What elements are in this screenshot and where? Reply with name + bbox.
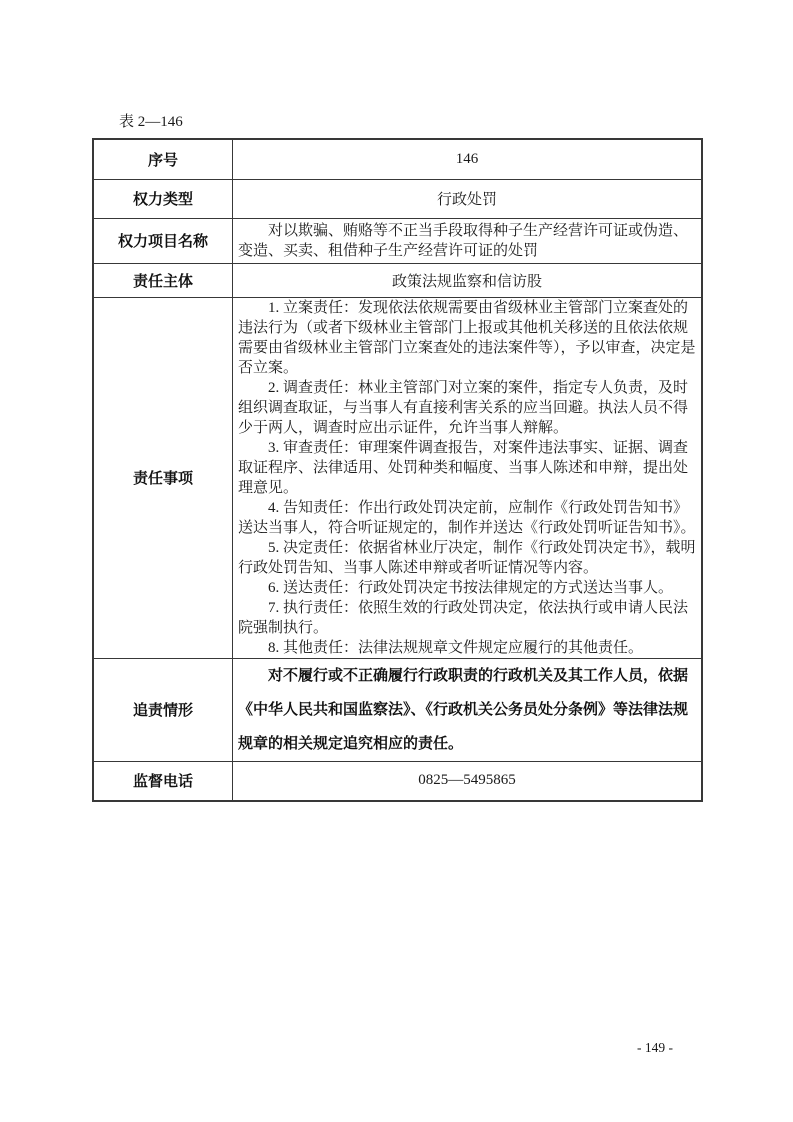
- power-type-value: 行政处罚: [233, 179, 703, 218]
- power-item-table: 序号 146 权力类型 行政处罚 权力项目名称 对以欺骗、贿赂等不正当手段取得种…: [92, 138, 703, 802]
- duty-item: 8. 其他责任：法律法规规章文件规定应履行的其他责任。: [238, 638, 696, 658]
- duty-item: 5. 决定责任：依据省林业厅决定，制作《行政处罚决定书》，载明行政处罚告知、当事…: [238, 538, 696, 578]
- page-number: - 149 -: [637, 1040, 673, 1056]
- duty-item: 3. 审查责任：审理案件调查报告，对案件违法事实、证据、调查取证程序、法律适用、…: [238, 438, 696, 498]
- row-label-supervision-phone: 监督电话: [93, 761, 233, 801]
- duty-item: 4. 告知责任：作出行政处罚决定前，应制作《行政处罚告知书》送达当事人，符合听证…: [238, 498, 696, 538]
- table-row-responsible-subject: 责任主体 政策法规监察和信访股: [93, 263, 702, 297]
- row-label-power-item-name: 权力项目名称: [93, 218, 233, 263]
- duty-item: 6. 送达责任：行政处罚决定书按法律规定的方式送达当事人。: [238, 578, 696, 598]
- serial-number-value: 146: [233, 139, 703, 179]
- liability-value: 对不履行或不正确履行行政职责的行政机关及其工作人员，依据《中华人民共和国监察法》…: [238, 659, 696, 761]
- table-row-liability: 追责情形 对不履行或不正确履行行政职责的行政机关及其工作人员，依据《中华人民共和…: [93, 658, 702, 761]
- row-label-liability: 追责情形: [93, 658, 233, 761]
- table-row-supervision-phone: 监督电话 0825—5495865: [93, 761, 702, 801]
- duty-item: 7. 执行责任：依照生效的行政处罚决定，依法执行或申请人民法院强制执行。: [238, 598, 696, 638]
- row-label-power-type: 权力类型: [93, 179, 233, 218]
- responsible-subject-value: 政策法规监察和信访股: [233, 263, 703, 297]
- table-row-serial: 序号 146: [93, 139, 702, 179]
- document-page: 表 2—146 序号 146 权力类型 行政处罚 权力项目名称 对以欺骗、贿赂等…: [0, 0, 793, 1122]
- row-label-serial: 序号: [93, 139, 233, 179]
- power-item-name-cell: 对以欺骗、贿赂等不正当手段取得种子生产经营许可证或伪造、变造、买卖、租借种子生产…: [233, 218, 703, 263]
- row-label-duty-items: 责任事项: [93, 297, 233, 658]
- row-label-responsible-subject: 责任主体: [93, 263, 233, 297]
- table-block: 表 2—146 序号 146 权力类型 行政处罚 权力项目名称 对以欺骗、贿赂等…: [92, 110, 703, 802]
- duty-item: 2. 调查责任：林业主管部门对立案的案件，指定专人负责，及时组织调查取证，与当事…: [238, 378, 696, 438]
- supervision-phone-value: 0825—5495865: [233, 761, 703, 801]
- liability-cell: 对不履行或不正确履行行政职责的行政机关及其工作人员，依据《中华人民共和国监察法》…: [233, 658, 703, 761]
- table-row-power-item-name: 权力项目名称 对以欺骗、贿赂等不正当手段取得种子生产经营许可证或伪造、变造、买卖…: [93, 218, 702, 263]
- duty-item: 1. 立案责任：发现依法依规需要由省级林业主管部门立案查处的违法行为（或者下级林…: [238, 298, 696, 378]
- power-item-name-value: 对以欺骗、贿赂等不正当手段取得种子生产经营许可证或伪造、变造、买卖、租借种子生产…: [238, 221, 696, 261]
- duty-items-cell: 1. 立案责任：发现依法依规需要由省级林业主管部门立案查处的违法行为（或者下级林…: [233, 297, 703, 658]
- table-row-power-type: 权力类型 行政处罚: [93, 179, 702, 218]
- table-row-duty-items: 责任事项 1. 立案责任：发现依法依规需要由省级林业主管部门立案查处的违法行为（…: [93, 297, 702, 658]
- table-caption: 表 2—146: [119, 110, 703, 131]
